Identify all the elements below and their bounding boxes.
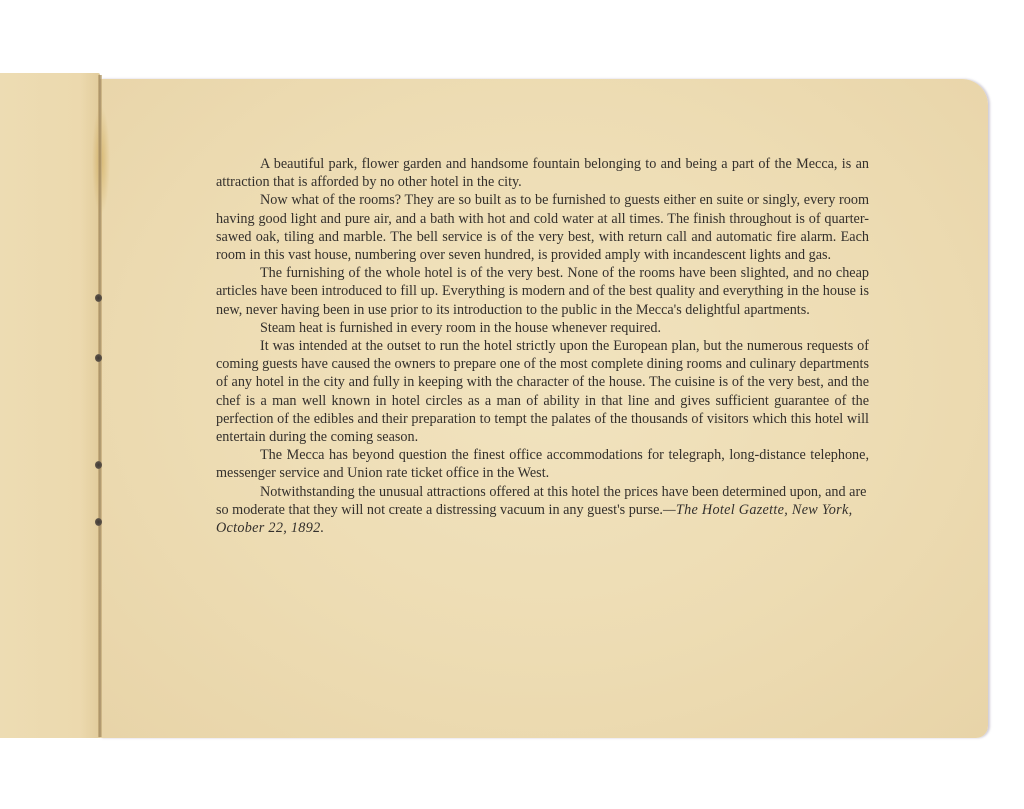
paragraph: Steam heat is furnished in every room in… — [216, 319, 869, 337]
binding-gutter — [98, 75, 102, 737]
binding-stitch — [95, 294, 102, 302]
paragraph: The furnishing of the whole hotel is of … — [216, 264, 869, 319]
paragraph: It was intended at the outset to run the… — [216, 337, 869, 446]
body-text: A beautiful park, flower garden and hand… — [216, 155, 869, 537]
paragraph: A beautiful park, flower garden and hand… — [216, 155, 869, 191]
paragraph: Now what of the rooms? They are so built… — [216, 191, 869, 264]
binding-stitch — [95, 518, 102, 526]
paragraph: The Mecca has beyond question the finest… — [216, 446, 869, 482]
binding-stitch — [95, 461, 102, 469]
left-page — [0, 73, 100, 738]
binding-stitch — [95, 354, 102, 362]
final-paragraph: Notwithstanding the unusual attractions … — [216, 483, 869, 538]
